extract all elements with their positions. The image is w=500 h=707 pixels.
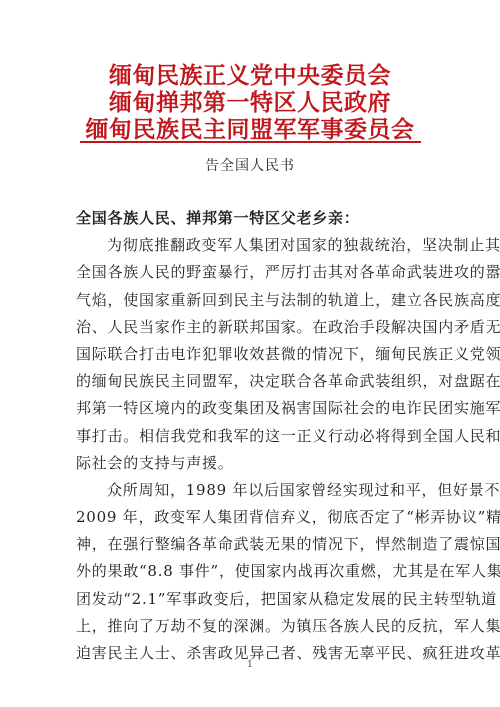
letterhead: 缅甸民族正义党中央委员会 缅甸掸邦第一特区人民政府 缅甸民族民主同盟军军事委员会 [0, 62, 500, 143]
paragraph-1: 为彻底推翻政变军人集团对国家的独裁统治，坚决制止其对 全国各族人民的野蛮暴行，严… [76, 232, 426, 477]
document-page: 缅甸民族正义党中央委员会 缅甸掸邦第一特区人民政府 缅甸民族民主同盟军军事委员会… [0, 0, 500, 707]
paragraph-line: 神，在强行整编各革命武装无果的情况下，悍然制造了震惊国内 [76, 531, 426, 558]
page-number: 1 [0, 660, 500, 670]
paragraph-line: 邦第一特区境内的政变集团及祸害国际社会的电诈民团实施军 [76, 395, 426, 422]
paragraph-line: 上，推向了万劫不复的深渊。为镇压各族人民的反抗，军人集团 [76, 613, 426, 640]
paragraph-line: 治、人民当家作主的新联邦国家。在政治手段解决国内矛盾无望， [76, 314, 426, 341]
document-title: 告全国人民书 [0, 157, 500, 175]
paragraph-line: 国际联合打击电诈犯罪收效甚微的情况下，缅甸民族正义党领导 [76, 341, 426, 368]
letterhead-line-military-committee: 缅甸民族民主同盟军军事委员会 [0, 116, 500, 143]
letterhead-line-party: 缅甸民族正义党中央委员会 [0, 62, 500, 89]
paragraph-line: 众所周知，1989 年以后国家曾经实现过和平，但好景不长， [76, 477, 426, 504]
paragraph-line: 2009 年，政变军人集团背信弃义，彻底否定了“彬弄协议”精 [76, 504, 426, 531]
paragraph-line: 气焰，使国家重新回到民主与法制的轨道上，建立各民族高度自 [76, 287, 426, 314]
document-body: 全国各族人民、掸邦第一特区父老乡亲： 为彻底推翻政变军人集团对国家的独裁统治，坚… [76, 205, 426, 667]
paragraph-line: 事打击。相信我党和我军的这一正义行动必将得到全国人民和国 [76, 423, 426, 450]
paragraph-line: 团发动“2.1”军事政变后，把国家从稳定发展的民主转型轨道 [76, 586, 426, 613]
letterhead-line-government: 缅甸掸邦第一特区人民政府 [0, 89, 500, 116]
paragraph-line: 际社会的支持与声援。 [76, 450, 426, 477]
paragraph-2: 众所周知，1989 年以后国家曾经实现过和平，但好景不长， 2009 年，政变军… [76, 477, 426, 667]
paragraph-line: 外的果敢“8.8 事件”，使国家内战再次重燃，尤其是在军人集 [76, 558, 426, 585]
paragraph-line: 的缅甸民族民主同盟军，决定联合各革命武装组织，对盘踞在掸 [76, 368, 426, 395]
paragraph-line: 为彻底推翻政变军人集团对国家的独裁统治，坚决制止其对 [76, 232, 426, 259]
salutation: 全国各族人民、掸邦第一特区父老乡亲： [76, 205, 426, 232]
paragraph-line: 全国各族人民的野蛮暴行，严厉打击其对各革命武装进攻的嚣张 [76, 259, 426, 286]
letterhead-divider [80, 141, 421, 143]
